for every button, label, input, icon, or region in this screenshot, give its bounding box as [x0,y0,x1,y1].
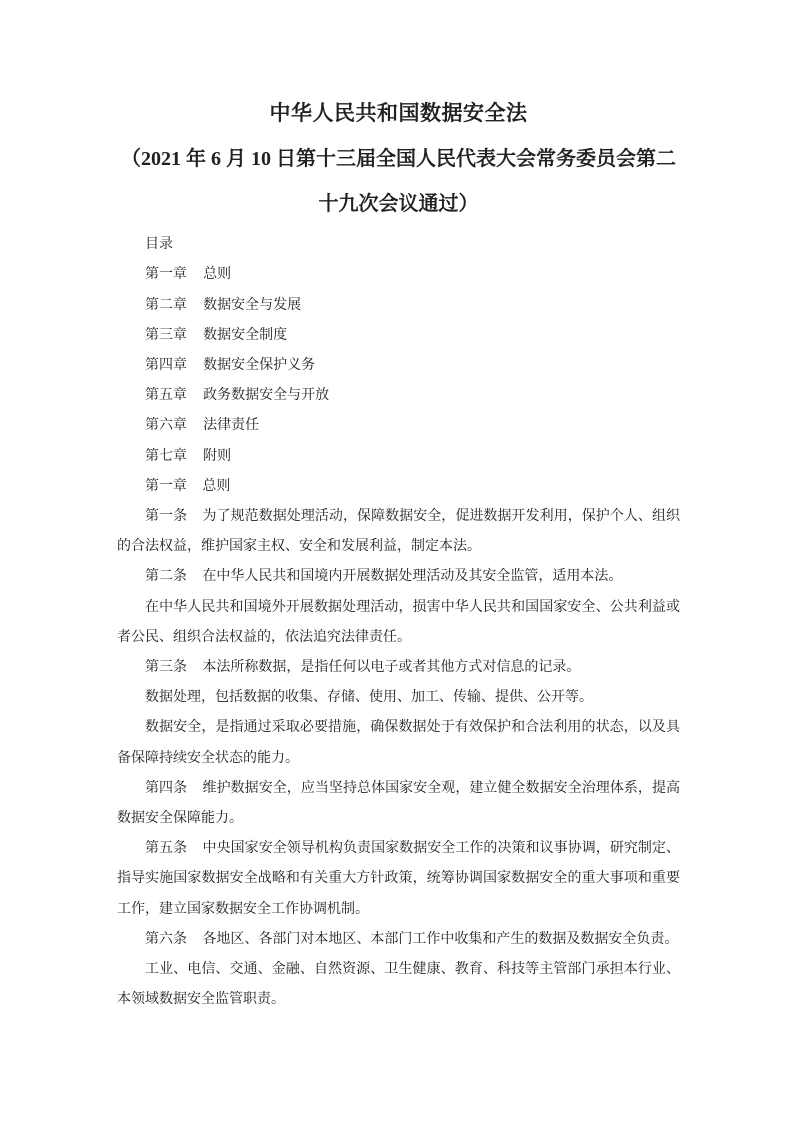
toc-item: 第七章附则 [117,442,680,472]
article-text: 维护数据安全，应当坚持总体国家安全观，建立健全数据安全治理体系，提高数据安全保障… [117,781,680,826]
toc-chapter-title: 总则 [203,267,231,282]
chapter-title: 总则 [202,479,230,494]
toc-chapter-title: 政务数据安全与开放 [203,388,329,403]
article-text: 数据处理，包括数据的收集、存储、使用、加工、传输、提供、公开等。 [145,690,593,705]
document-subtitle: （2021 年 6 月 10 日第十三届全国人民代表大会常务委员会第二 十九次会… [117,137,680,228]
chapter-number: 第一章 [145,479,187,494]
article-paragraph: 第五条中央国家安全领导机构负责国家数据安全工作的决策和议事协调，研究制定、指导实… [117,834,680,925]
subtitle-line: 十九次会议通过） [117,182,680,228]
document-content: 目录 第一章总则 第二章数据安全与发展 第三章数据安全制度 第四章数据安全保护义… [117,230,680,1015]
toc-chapter-number: 第五章 [145,388,187,403]
toc-item: 第四章数据安全保护义务 [117,351,680,381]
article-text: 数据安全，是指通过采取必要措施，确保数据处于有效保护和合法利用的状态，以及具备保… [117,720,680,765]
toc-chapter-number: 第六章 [145,418,187,433]
toc-item: 第六章法律责任 [117,411,680,441]
document-title: 中华人民共和国数据安全法 [117,91,680,137]
chapter-heading: 第一章总则 [117,472,680,502]
article-paragraph: 第三条本法所称数据，是指任何以电子或者其他方式对信息的记录。 [117,653,680,683]
article-text: 为了规范数据处理活动，保障数据安全，促进数据开发利用，保护个人、组织的合法权益，… [117,509,680,554]
toc-item: 第一章总则 [117,260,680,290]
article-paragraph: 工业、电信、交通、金融、自然资源、卫生健康、教育、科技等主管部门承担本行业、本领… [117,955,680,1015]
article-number: 第五条 [145,841,187,856]
article-paragraph: 在中华人民共和国境外开展数据处理活动，损害中华人民共和国国家安全、公共利益或者公… [117,593,680,653]
article-paragraph: 数据处理，包括数据的收集、存储、使用、加工、传输、提供、公开等。 [117,683,680,713]
article-text: 工业、电信、交通、金融、自然资源、卫生健康、教育、科技等主管部门承担本行业、本领… [117,962,680,1007]
article-paragraph: 第四条维护数据安全，应当坚持总体国家安全观，建立健全数据安全治理体系，提高数据安… [117,774,680,834]
toc-item: 第三章数据安全制度 [117,321,680,351]
toc-chapter-number: 第七章 [145,449,187,464]
article-text: 中央国家安全领导机构负责国家数据安全工作的决策和议事协调，研究制定、指导实施国家… [117,841,680,916]
toc-item: 第二章数据安全与发展 [117,291,680,321]
article-text: 在中华人民共和国境内开展数据处理活动及其安全监管，适用本法。 [202,569,622,584]
article-number: 第一条 [145,509,187,524]
document-page: 中华人民共和国数据安全法 （2021 年 6 月 10 日第十三届全国人民代表大… [0,0,793,1122]
article-number: 第二条 [145,569,187,584]
article-text: 本法所称数据，是指任何以电子或者其他方式对信息的记录。 [202,660,580,675]
toc-chapter-title: 法律责任 [203,418,259,433]
toc-heading: 目录 [117,230,680,260]
article-text: 各地区、各部门对本地区、本部门工作中收集和产生的数据及数据安全负责。 [202,932,678,947]
toc-chapter-title: 数据安全与发展 [203,298,301,313]
toc-chapter-title: 数据安全保护义务 [203,358,315,373]
article-paragraph: 第二条在中华人民共和国境内开展数据处理活动及其安全监管，适用本法。 [117,562,680,592]
toc-chapter-number: 第二章 [145,298,187,313]
toc-item: 第五章政务数据安全与开放 [117,381,680,411]
article-paragraph: 第六条各地区、各部门对本地区、本部门工作中收集和产生的数据及数据安全负责。 [117,925,680,955]
toc-chapter-number: 第四章 [145,358,187,373]
subtitle-line: （2021 年 6 月 10 日第十三届全国人民代表大会常务委员会第二 [117,137,680,183]
article-number: 第六条 [145,932,187,947]
toc-chapter-number: 第三章 [145,328,187,343]
article-paragraph: 第一条为了规范数据处理活动，保障数据安全，促进数据开发利用，保护个人、组织的合法… [117,502,680,562]
toc-chapter-title: 数据安全制度 [203,328,287,343]
article-number: 第三条 [145,660,187,675]
article-paragraph: 数据安全，是指通过采取必要措施，确保数据处于有效保护和合法利用的状态，以及具备保… [117,713,680,773]
article-text: 在中华人民共和国境外开展数据处理活动，损害中华人民共和国国家安全、公共利益或者公… [117,600,680,645]
article-number: 第四条 [145,781,187,796]
document-heading: 中华人民共和国数据安全法 （2021 年 6 月 10 日第十三届全国人民代表大… [117,91,680,228]
toc-chapter-number: 第一章 [145,267,187,282]
toc-chapter-title: 附则 [203,449,231,464]
